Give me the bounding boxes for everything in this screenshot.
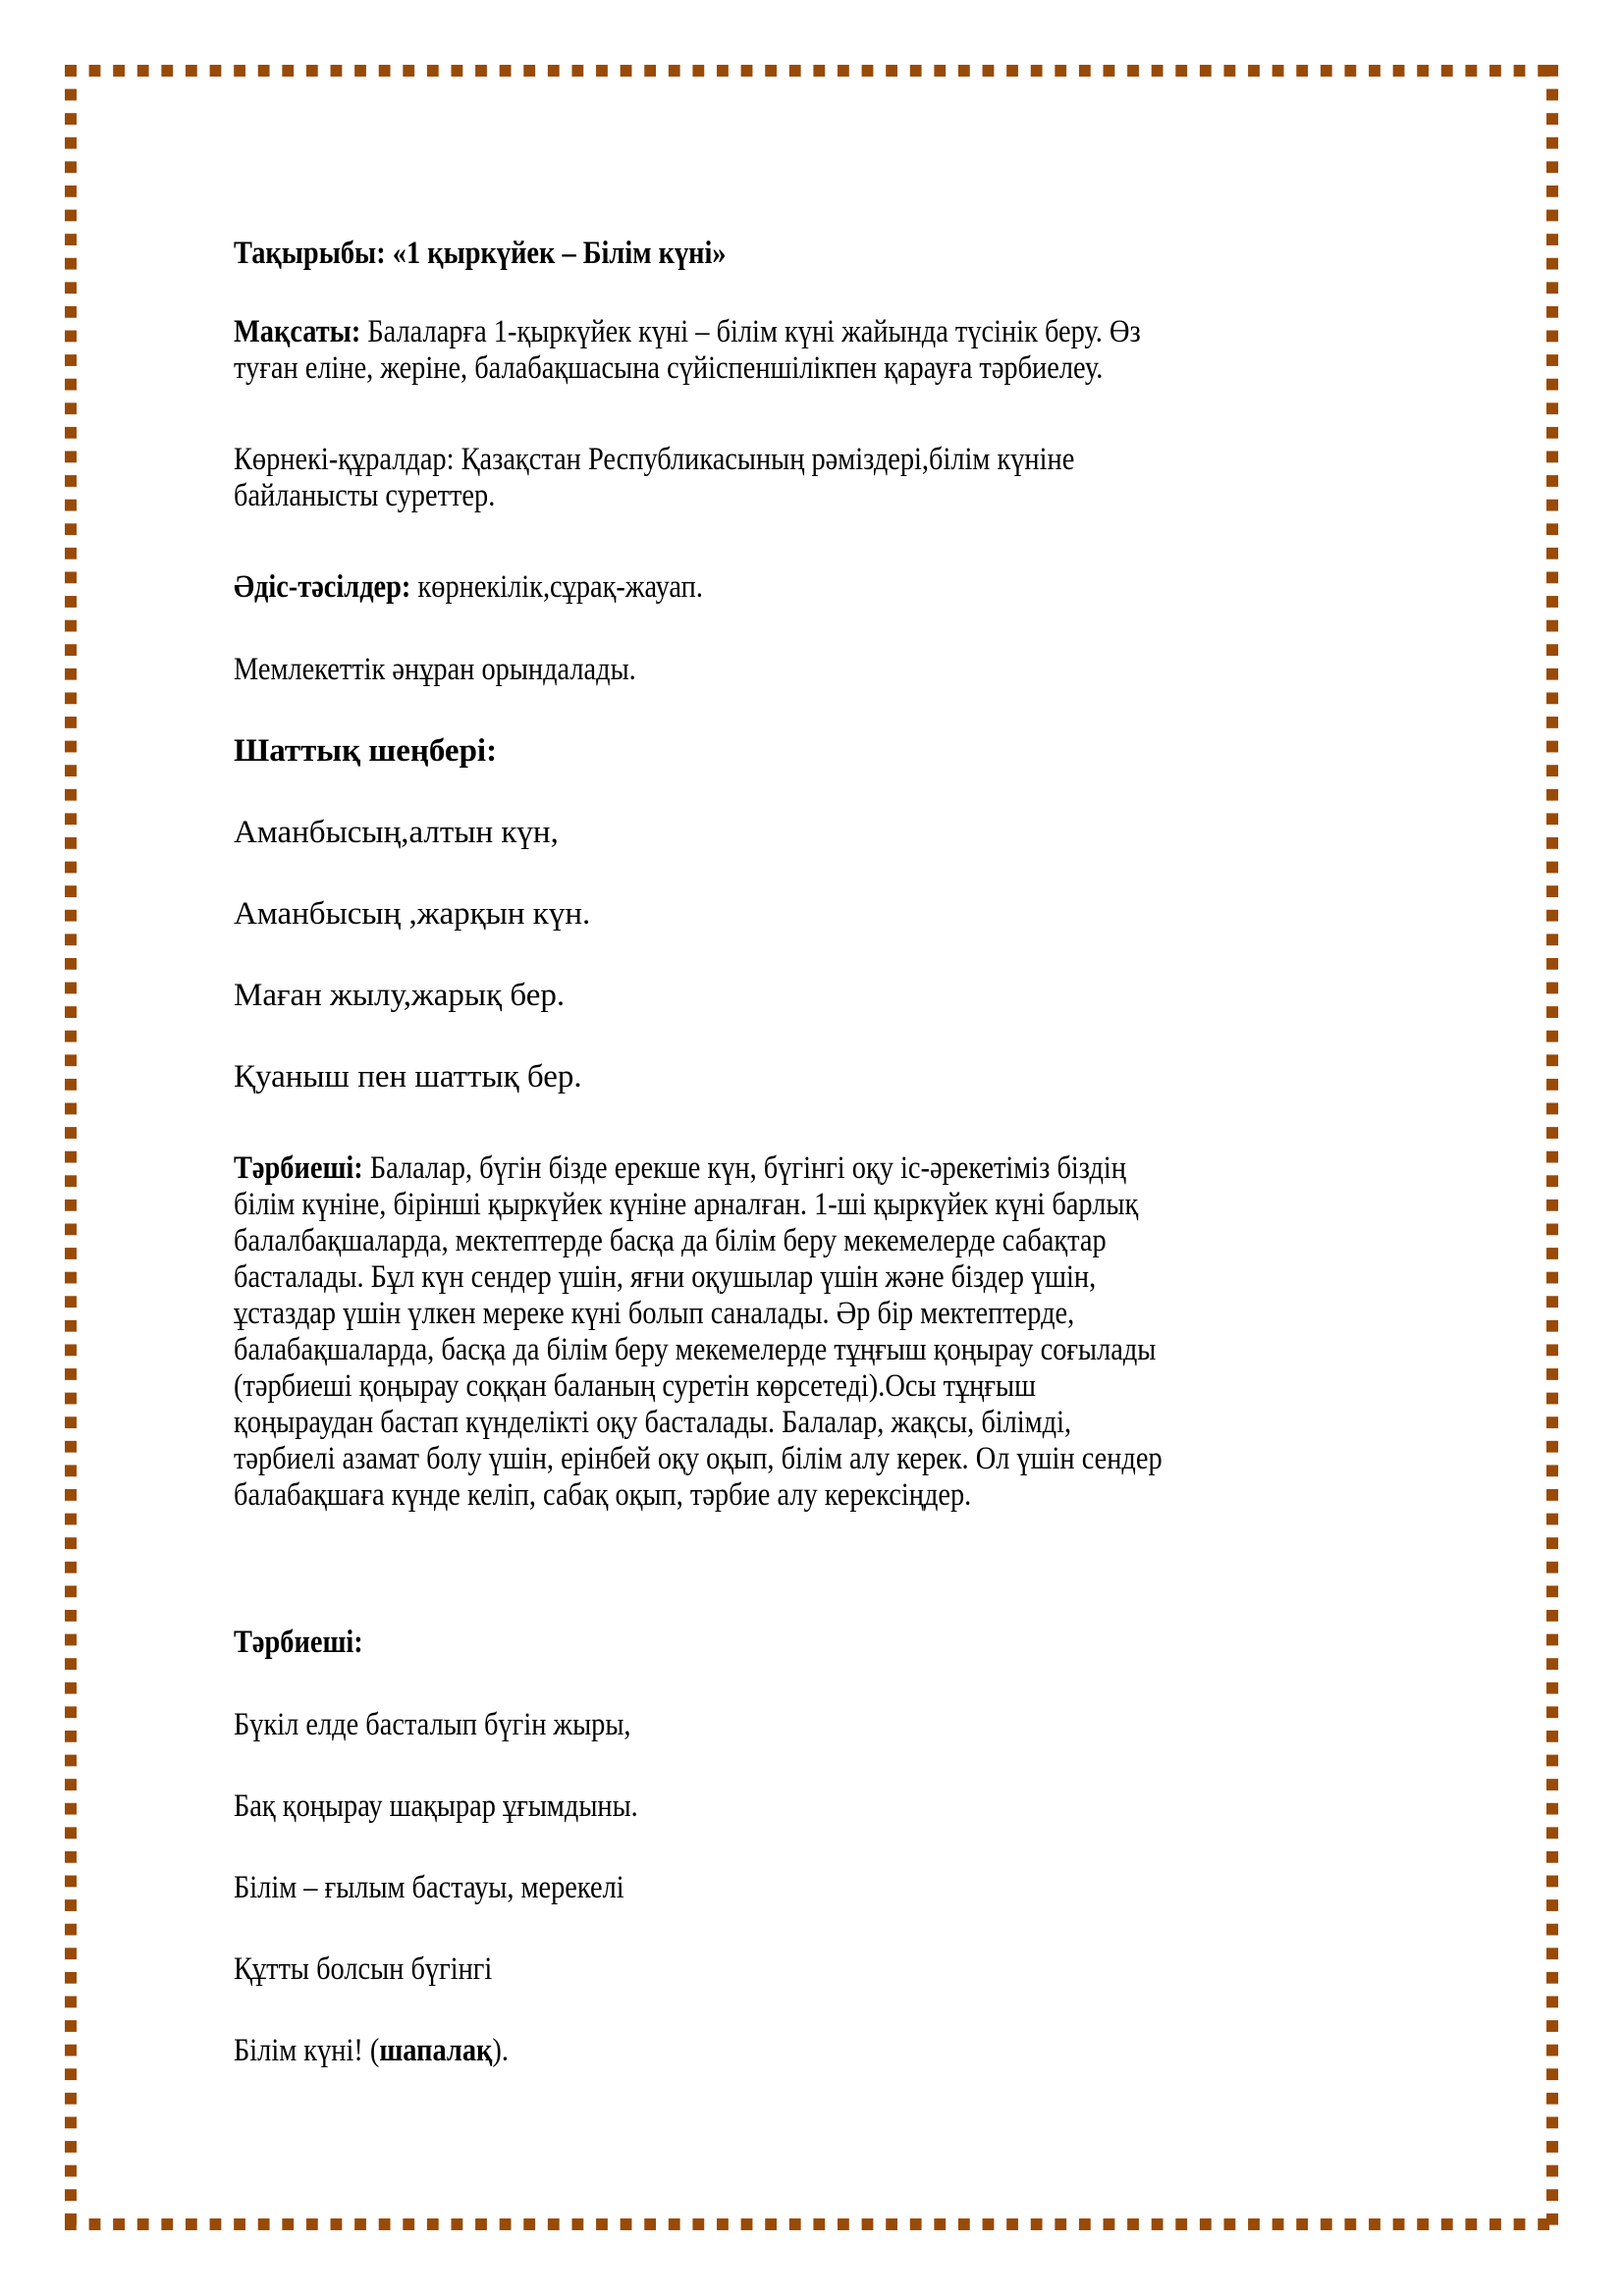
border-left: [65, 65, 77, 2230]
speech-line: балабақшаларда, басқа да білім беру меке…: [234, 1332, 1163, 1368]
materials-line: Көрнекі-құралдар: Қазақстан Республикасы…: [234, 442, 1074, 478]
poem-last-line: Білім күні! (шапалақ).: [234, 2033, 509, 2069]
poem-line: Құтты болсын бүгінгі: [234, 1951, 492, 1988]
circle-line: Қуаныш пен шаттық бер.: [234, 1059, 582, 1095]
speech-line: балалбақшаларда, мектептерде басқа да бі…: [234, 1223, 1163, 1259]
speech-line: қоңыраудан бастап күнделікті оқу бастала…: [234, 1405, 1163, 1441]
goal-text-line: туған еліне, жеріне, балабақшасына сүйіс…: [234, 350, 1141, 387]
circle-line: Аманбысың ,жарқын күн.: [234, 896, 590, 933]
border-top: [65, 65, 1558, 77]
circle-line: Аманбысың,алтын күн,: [234, 815, 559, 851]
teacher-speech: Тәрбиеші: Балалар, бүгін бізде ерекше кү…: [234, 1150, 1163, 1514]
poem-line: Бақ қоңырау шақырар ұғымдыны.: [234, 1789, 638, 1825]
methods-section: Әдіс-тәсілдер: көрнекілік,сұрақ-жауап.: [234, 569, 703, 606]
anthem-line: Мемлекеттік әнұран орындалады.: [234, 652, 636, 688]
speech-line: балабақшаға күнде келіп, сабақ оқып, тәр…: [234, 1477, 1163, 1514]
materials-section: Көрнекі-құралдар: Қазақстан Республикасы…: [234, 442, 1074, 514]
methods-label: Әдіс-тәсілдер:: [234, 569, 410, 605]
poem-last-bold: шапалақ: [379, 2033, 492, 2068]
goal-label: Мақсаты:: [234, 314, 360, 349]
speech-line: (тәрбиеші қоңырау соққан баланың суретін…: [234, 1368, 1163, 1405]
speech-line: Балалар, бүгін бізде ерекше күн, бүгінгі…: [363, 1150, 1126, 1186]
border-bottom: [65, 2218, 1558, 2230]
circle-label: Шаттық шеңбері:: [234, 733, 497, 770]
poem-label: Тәрбиеші:: [234, 1625, 363, 1661]
methods-text: көрнекілік,сұрақ-жауап.: [410, 569, 703, 605]
poem-last-before: Білім күні! (: [234, 2033, 379, 2068]
border-right: [1546, 65, 1558, 2230]
poem-last-after: ).: [492, 2033, 509, 2068]
speech-line: тәрбиелі азамат болу үшін, ерінбей оқу о…: [234, 1441, 1163, 1477]
circle-line: Маған жылу,жарық бер.: [234, 978, 565, 1014]
poem-line: Бүкіл елде басталып бүгін жыры,: [234, 1707, 631, 1743]
speech-line: басталады. Бұл күн сендер үшін, яғни оқу…: [234, 1259, 1163, 1296]
speech-line: ұстаздар үшін үлкен мереке күні болып са…: [234, 1296, 1163, 1332]
goal-section: Мақсаты: Балаларға 1-қыркүйек күні – біл…: [234, 314, 1141, 387]
poem-line: Білім – ғылым бастауы, мерекелі: [234, 1870, 624, 1906]
materials-line: байланысты суреттер.: [234, 478, 1074, 514]
document-title: Тақырыбы: «1 қыркүйек – Білім күні»: [234, 236, 727, 272]
goal-text-line: Балаларға 1-қыркүйек күні – білім күні ж…: [360, 314, 1140, 349]
speech-line: білім күніне, бірінші қыркүйек күніне ар…: [234, 1187, 1163, 1223]
teacher-label: Тәрбиеші:: [234, 1150, 363, 1186]
